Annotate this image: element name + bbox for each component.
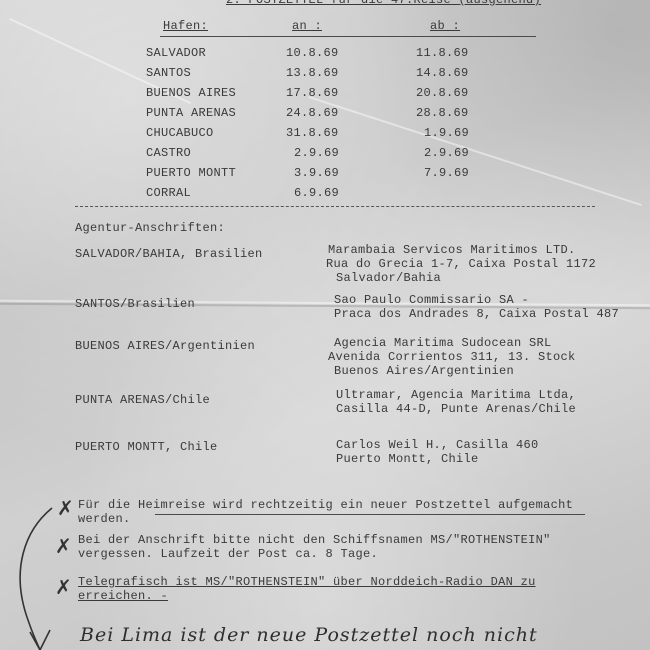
handwritten-arrow-icon — [0, 0, 650, 650]
handwritten-note: Bei Lima ist der neue Postzettel noch ni… — [80, 624, 538, 646]
